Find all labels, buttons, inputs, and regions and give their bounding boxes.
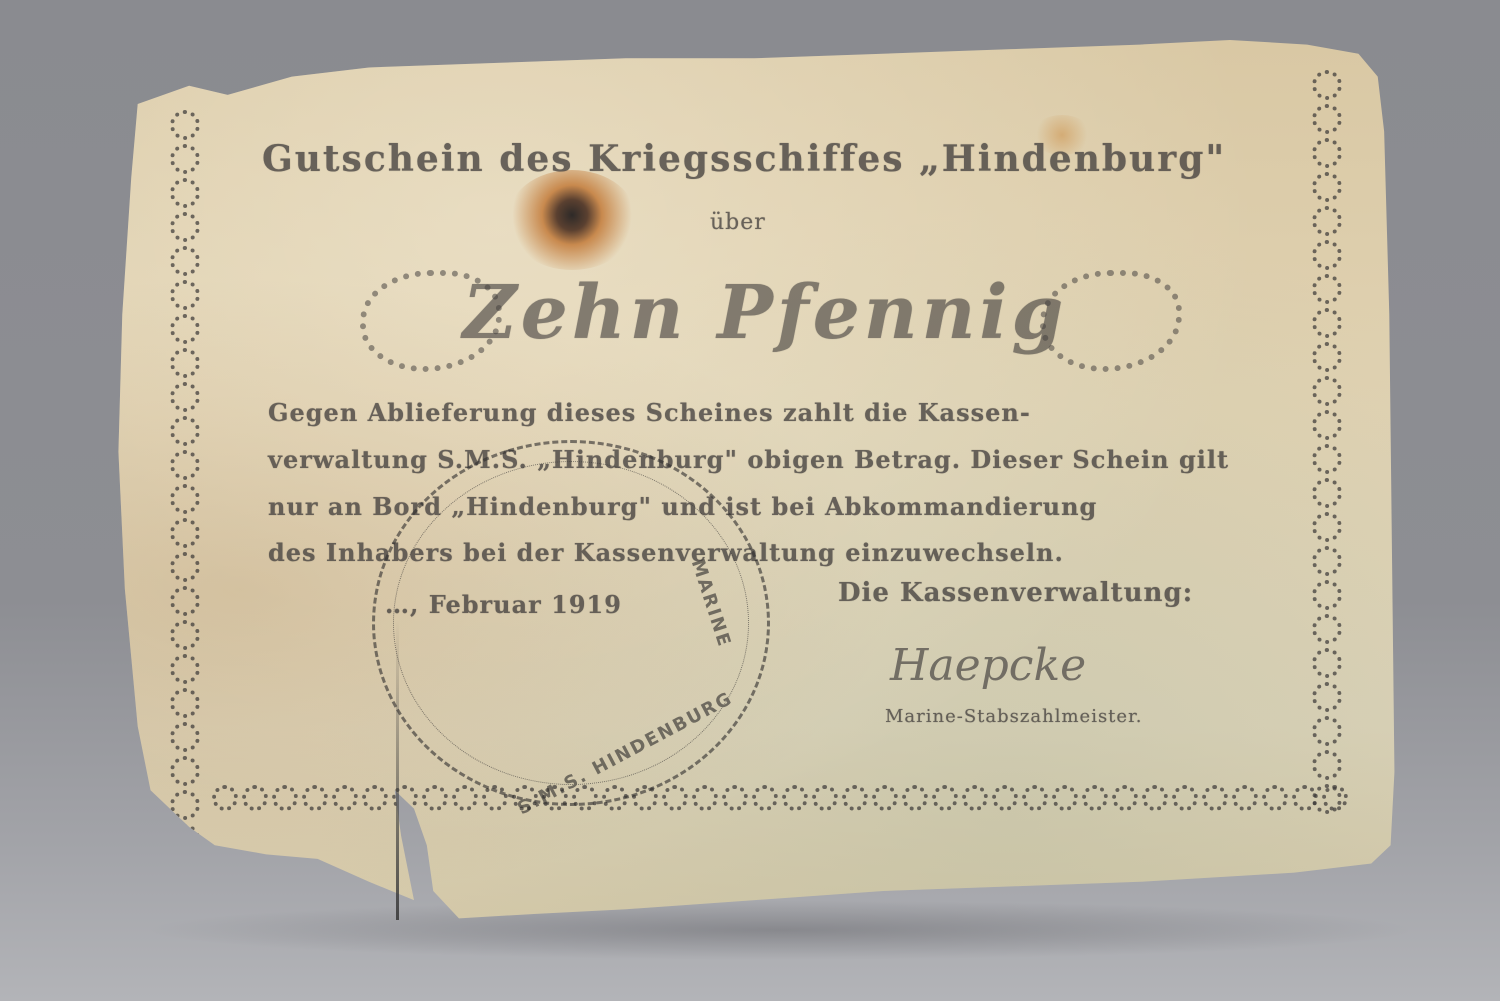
right-ornamental-border — [1312, 70, 1342, 814]
over-label: über — [710, 210, 766, 235]
round-ship-stamp: S.M.S. HINDENBURG MARINE — [372, 440, 770, 806]
stamp-inner-ring — [393, 461, 749, 785]
paper-shadow — [140, 900, 1420, 960]
signature: Haepcke — [890, 640, 1086, 691]
left-ornamental-border — [170, 110, 200, 854]
signer-rank: Marine-Stabszahlmeister. — [885, 706, 1142, 727]
body-line-2: verwaltung S.M.S. „Hindenburg" obigen Be… — [268, 445, 1229, 474]
tear-line — [396, 620, 399, 920]
body-line-1: Gegen Ablieferung dieses Scheines zahlt … — [268, 398, 1031, 427]
bottom-ornamental-border — [212, 785, 1348, 811]
denomination: Zehn Pfennig — [350, 238, 1180, 388]
issuer-label: Die Kassenverwaltung: — [838, 578, 1193, 608]
voucher-title: Gutschein des Kriegsschiffes „Hindenburg… — [262, 138, 1226, 180]
